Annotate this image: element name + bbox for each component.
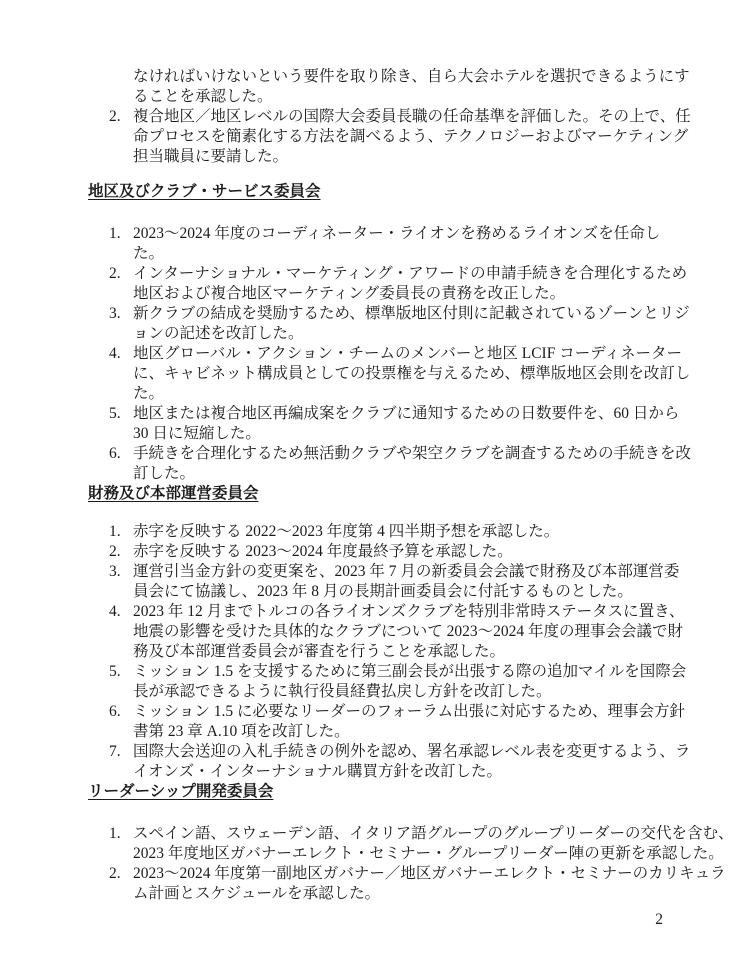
list-item: 4.2023 年 12 月までトルコの各ライオンズクラブを特別非常時ステータスに… [109,602,750,662]
text-line: インターナショナル・マーケティング・アワードの申請手続きを合理化するため [133,264,750,284]
list-item: 1.赤字を反映する 2022～2023 年度第 4 四半期予想を承認した。 [109,522,750,542]
text-line: 複合地区／地区レベルの国際大会委員長職の任命基準を評価した。その上で、任 [133,107,750,127]
committee-section: リーダーシップ開発委員会1.スペイン語、スウェーデン語、イタリア語グループのグル… [0,782,750,904]
list-item: 5.地区または複合地区再編成案をクラブに通知するための日数要件を、60 日から3… [109,404,750,444]
list-item-text: インターナショナル・マーケティング・アワードの申請手続きを合理化するため地区およ… [133,264,750,304]
text-line: 命プロセスを簡素化する方法を調べるよう、テクノロジーおよびマーケティング [133,127,750,147]
list-item-text: 手続きを合理化するため無活動クラブや架空クラブを調査するための手続きを改訂した。 [133,444,750,484]
document-page: なければいけないという要件を取り除き、自ら大会ホテルを選択できるようにす ること… [0,0,750,971]
list-item-number: 2. [109,542,133,562]
text-line: 務及び本部運営委員会が審査を行うことを承認した。 [133,642,750,662]
committee-section: 地区及びクラブ・サービス委員会1.2023～2024 年度のコーディネーター・ラ… [0,182,750,484]
list-item: 5.ミッション 1.5 を支援するために第三副会長が出張する際の追加マイルを国際… [109,662,750,702]
numbered-list: 1.2023～2024 年度のコーディネーター・ライオンを務めるライオンズを任命… [0,224,750,484]
text-line: スペイン語、スウェーデン語、イタリア語グループのグループリーダーの交代を含む、 [133,824,750,844]
list-item-number: 3. [109,304,133,344]
list-item-text: 国際大会送迎の入札手続きの例外を認め、署名承認レベル表を変更するよう、ライオンズ… [133,742,750,782]
text-line: ミッション 1.5 に必要なリーダーのフォーラム出張に対応するため、理事会方針 [133,702,750,722]
text-line: ミッション 1.5 を支援するために第三副会長が出張する際の追加マイルを国際会 [133,662,750,682]
list-item: 2.赤字を反映する 2023～2024 年度最終予算を承認した。 [109,542,750,562]
carryover-list: なければいけないという要件を取り除き、自ら大会ホテルを選択できるようにす ること… [0,67,750,167]
text-line: 手続きを合理化するため無活動クラブや架空クラブを調査するための手続きを改 [133,444,750,464]
text-line: ョンの記述を改訂した。 [133,324,750,344]
list-item-number: 4. [109,344,133,404]
list-item: 1.2023～2024 年度のコーディネーター・ライオンを務めるライオンズを任命… [109,224,750,264]
list-item: 2.2023～2024 年度第一副地区ガバナー／地区ガバナーエレクト・セミナーの… [109,864,750,904]
text-line: ム計画とスケジュールを承認した。 [133,884,750,904]
text-line: 地区および複合地区マーケティング委員長の責務を改正した。 [133,284,750,304]
text-line: 30 日に短縮した。 [133,424,750,444]
text-line: 運営引当金方針の変更案を、2023 年 7 月の新委員会会議で財務及び本部運営委 [133,562,750,582]
text-line: 赤字を反映する 2022～2023 年度第 4 四半期予想を承認した。 [133,522,750,542]
text-line: 地震の影響を受けた具体的なクラブについて 2023～2024 年度の理事会会議で… [133,622,750,642]
text-line: 2023 年 12 月までトルコの各ライオンズクラブを特別非常時ステータスに置き… [133,602,750,622]
list-item-text: ミッション 1.5 を支援するために第三副会長が出張する際の追加マイルを国際会長… [133,662,750,702]
list-item-text: 赤字を反映する 2022～2023 年度第 4 四半期予想を承認した。 [133,522,750,542]
section-heading: 地区及びクラブ・サービス委員会 [88,182,750,202]
text-line: イオンズ・インターナショナル購買方針を改訂した。 [133,762,750,782]
text-line: 2023～2024 年度のコーディネーター・ライオンを務めるライオンズを任命し [133,224,750,244]
list-item: 2.インターナショナル・マーケティング・アワードの申請手続きを合理化するため地区… [109,264,750,304]
list-item: 6.手続きを合理化するため無活動クラブや架空クラブを調査するための手続きを改訂し… [109,444,750,484]
text-line: 2023～2024 年度第一副地区ガバナー／地区ガバナーエレクト・セミナーのカリ… [133,864,750,884]
list-item-number: 1. [109,522,133,542]
list-item-number: 3. [109,562,133,602]
list-item-number: 7. [109,742,133,782]
list-item-text: 2023 年 12 月までトルコの各ライオンズクラブを特別非常時ステータスに置き… [133,602,750,662]
text-line: 新クラブの結成を奨励するため、標準版地区付則に記載されているゾーンとリジ [133,304,750,324]
list-item: 6.ミッション 1.5 に必要なリーダーのフォーラム出張に対応するため、理事会方… [109,702,750,742]
text-line: 員会にて協議し、2023 年 8 月の長期計画委員会に付託するものとした。 [133,582,750,602]
list-item-number: 4. [109,602,133,662]
text-line: ることを承認した。 [133,87,750,107]
numbered-list: 1.スペイン語、スウェーデン語、イタリア語グループのグループリーダーの交代を含む… [0,824,750,904]
list-item: 1.スペイン語、スウェーデン語、イタリア語グループのグループリーダーの交代を含む… [109,824,750,864]
list-item-text: 複合地区／地区レベルの国際大会委員長職の任命基準を評価した。その上で、任 命プロ… [133,107,750,167]
text-line: 赤字を反映する 2023～2024 年度最終予算を承認した。 [133,542,750,562]
list-item: 7.国際大会送迎の入札手続きの例外を認め、署名承認レベル表を変更するよう、ライオ… [109,742,750,782]
text-line: 担当職員に要請した。 [133,147,750,167]
text-line: に、キャビネット構成員としての投票権を与えるため、標準版地区会則を改訂し [133,364,750,384]
list-item-text: 2023～2024 年度のコーディネーター・ライオンを務めるライオンズを任命した… [133,224,750,264]
text-line: 国際大会送迎の入札手続きの例外を認め、署名承認レベル表を変更するよう、ラ [133,742,750,762]
list-item-number: 5. [109,404,133,444]
list-item: 2. 複合地区／地区レベルの国際大会委員長職の任命基準を評価した。その上で、任 … [109,107,750,167]
list-item-number: 2. [109,264,133,304]
text-line: 地区または複合地区再編成案をクラブに通知するための日数要件を、60 日から [133,404,750,424]
list-item-text: スペイン語、スウェーデン語、イタリア語グループのグループリーダーの交代を含む、2… [133,824,750,864]
list-item-number: 2. [109,107,133,167]
list-item-text: ミッション 1.5 に必要なリーダーのフォーラム出張に対応するため、理事会方針書… [133,702,750,742]
text-line: 地区グローバル・アクション・チームのメンバーと地区 LCIF コーディネーター [133,344,750,364]
text-line: 長が承認できるように執行役員経費払戻し方針を改訂した。 [133,682,750,702]
list-item: 4.地区グローバル・アクション・チームのメンバーと地区 LCIF コーディネータ… [109,344,750,404]
list-item-text: 新クラブの結成を奨励するため、標準版地区付則に記載されているゾーンとリジョンの記… [133,304,750,344]
list-item: 3.新クラブの結成を奨励するため、標準版地区付則に記載されているゾーンとリジョン… [109,304,750,344]
list-item-text: 地区グローバル・アクション・チームのメンバーと地区 LCIF コーディネーターに… [133,344,750,404]
list-item-number: 1. [109,224,133,264]
list-item-text: 運営引当金方針の変更案を、2023 年 7 月の新委員会会議で財務及び本部運営委… [133,562,750,602]
text-line: 書第 23 章 A.10 項を改訂した。 [133,722,750,742]
list-item-text: 赤字を反映する 2023～2024 年度最終予算を承認した。 [133,542,750,562]
list-item-number: 5. [109,662,133,702]
list-item-number: 6. [109,444,133,484]
list-item: 3.運営引当金方針の変更案を、2023 年 7 月の新委員会会議で財務及び本部運… [109,562,750,602]
list-item-number: 1. [109,824,133,864]
text-line: た。 [133,384,750,404]
page-number: 2 [0,910,750,930]
text-line: 2023 年度地区ガバナーエレクト・セミナー・グループリーダー陣の更新を承認した… [133,844,750,864]
list-item-number: 2. [109,864,133,904]
list-item-text: 地区または複合地区再編成案をクラブに通知するための日数要件を、60 日から30 … [133,404,750,444]
list-item-number: 6. [109,702,133,742]
text-line: た。 [133,244,750,264]
section-heading: 財務及び本部運営委員会 [88,484,750,504]
numbered-list: 1.赤字を反映する 2022～2023 年度第 4 四半期予想を承認した。2.赤… [0,522,750,782]
committee-sections: 地区及びクラブ・サービス委員会1.2023～2024 年度のコーディネーター・ラ… [0,182,750,904]
committee-section: 財務及び本部運営委員会1.赤字を反映する 2022～2023 年度第 4 四半期… [0,484,750,782]
list-item-text: 2023～2024 年度第一副地区ガバナー／地区ガバナーエレクト・セミナーのカリ… [133,864,750,904]
text-line: 訂した。 [133,464,750,484]
section-heading: リーダーシップ開発委員会 [88,782,750,802]
text-line: なければいけないという要件を取り除き、自ら大会ホテルを選択できるようにす [133,67,750,87]
